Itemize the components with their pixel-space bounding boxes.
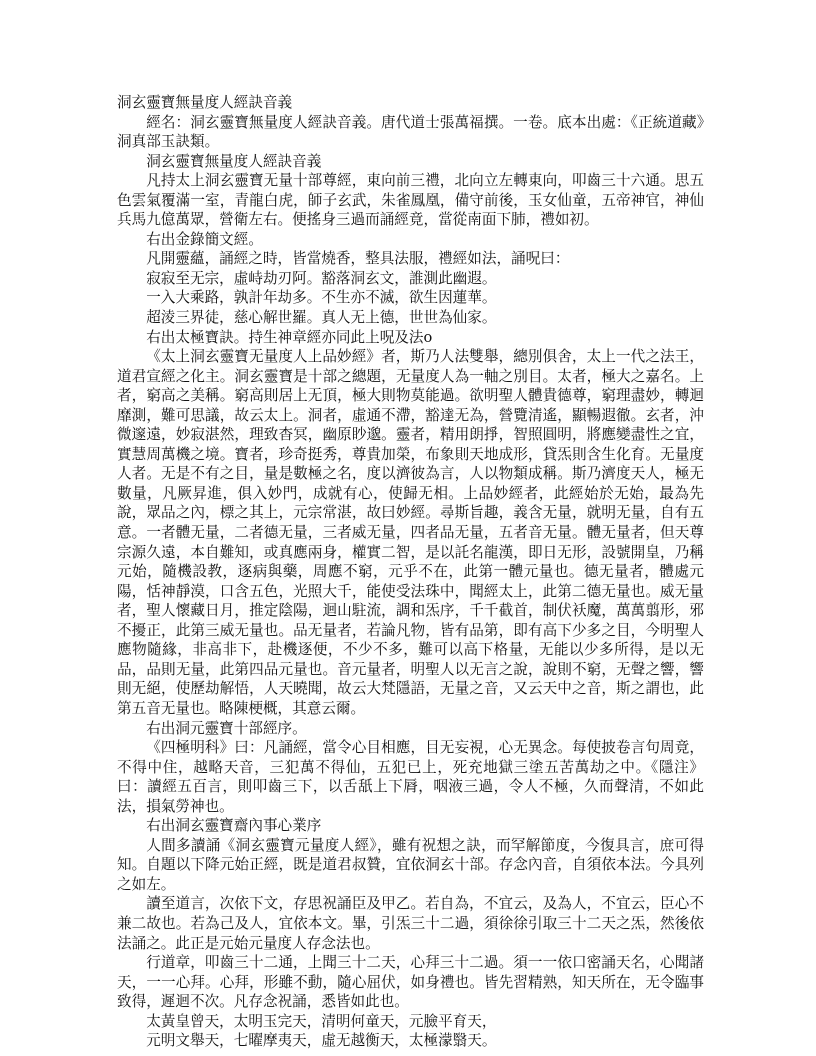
verse-line: 超淩三界徒，慈心解世羅。真人无上德，世世為仙家。 [117, 308, 704, 328]
paragraph: 《太上洞玄靈寶无量度人上品妙經》者，斯乃人法雙舉，總別俱舍，太上一代之法王，道君… [117, 347, 704, 718]
heaven-names-line: 元明文舉天，七曜摩夷天，虛无越衡天，太極濛翳天。 [117, 1031, 704, 1051]
document-page: 洞玄靈寶無量度人經訣音義 經名：洞玄靈寶無量度人經訣音義。唐代道士張萬福撰。一卷… [117, 93, 704, 1051]
paragraph: 人間多讀誦《洞玄靈寶元量度人經》，雖有祝想之訣，而罕解節度，今復具言，庶可得知。… [117, 836, 704, 895]
paragraph: 《四極明科》曰：凡誦經，當令心目相應，目无妄視，心无異念。每使披卷言句周竟，不得… [117, 738, 704, 816]
paragraph: 凡開靈蘊，誦經之時，皆當燒香，整具法服，禮經如法，誦呪曰： [117, 249, 704, 269]
verse-line: 一入大乘路，孰計年劫多。不生亦不滅，欲生因蓮華。 [117, 288, 704, 308]
source-note: 右出金錄簡文經。 [117, 230, 704, 250]
paragraph-sutra-name: 經名：洞玄靈寶無量度人經訣音義。唐代道士張萬福撰。一卷。底本出處：《正統道藏》洞… [117, 113, 704, 152]
paragraph: 讀至道言，次依下文，存思祝誦臣及甲乙。若自為，不宜云，及為人，不宜云，臣心不兼二… [117, 894, 704, 953]
source-note: 右出太極寶訣。持生神章經亦同此上呪及法ο [117, 328, 704, 348]
paragraph: 行道章，叩齒三十二通，上聞三十二天，心拜三十二過。須一一依口密誦天名，心聞諸天，… [117, 953, 704, 1012]
source-note: 右出洞元靈寶十部經序。 [117, 719, 704, 739]
heaven-names-line: 太黃皇曾天，太明玉完天，清明何童天，元臉平育天， [117, 1012, 704, 1032]
document-title: 洞玄靈寶無量度人經訣音義 [117, 93, 704, 113]
section-heading: 洞玄靈寶無量度人經訣音義 [117, 152, 704, 172]
paragraph: 凡持太上洞玄靈寶无量十部尊經，東向前三禮，北向立左轉東向，叩齒三十六通。思五色雲… [117, 171, 704, 230]
source-note: 右出洞玄靈寶齋內事心業序 [117, 816, 704, 836]
verse-line: 寂寂至无宗，虛峙劫刃阿。豁落洞玄文，誰測此幽遐。 [117, 269, 704, 289]
